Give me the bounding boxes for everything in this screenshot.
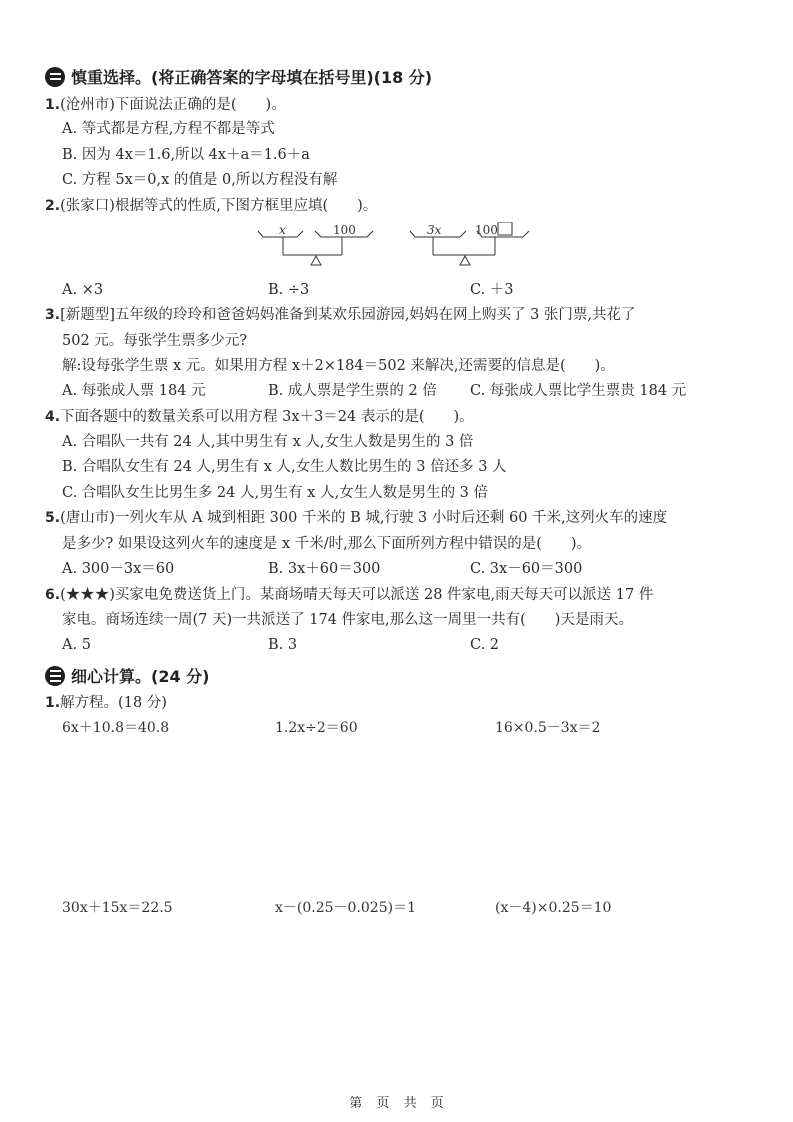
scale1-right-label: 100 (333, 223, 356, 237)
balance-scale-figure: x 100 3x 100 (255, 222, 535, 272)
scale1-left-label: x (279, 223, 286, 237)
q3-option-a: A. 每张成人票 184 元 (62, 381, 206, 401)
q2-option-c: C. ＋3 (470, 280, 514, 300)
question-6: 6.(★★★)买家电免费送货上门。某商场晴天每天可以派送 28 件家电,雨天每天… (45, 585, 653, 605)
question-5-line-2: 是多少? 如果设这列火车的速度是 x 千米/时,那么下面所列方程中错误的是( )… (62, 534, 591, 554)
footer-text: 第 (349, 1096, 362, 1111)
question-number: 3. (45, 307, 60, 323)
question-3-line-3: 解:设每张学生票 x 元。如果用方程 x＋2×184＝502 来解决,还需要的信… (62, 356, 615, 376)
section-3-badge-icon (45, 666, 65, 686)
footer-text: 页 (431, 1096, 444, 1111)
question-text: (张家口)根据等式的性质,下图方框里应填( )。 (60, 198, 377, 214)
section-2-header: 慎重选择。(将正确答案的字母填在括号里)(18 分) (45, 65, 432, 88)
q5-option-b: B. 3x＋60＝300 (268, 559, 380, 579)
section-2-badge-icon (45, 67, 65, 87)
q6-option-b: B. 3 (268, 635, 297, 655)
worksheet-page: 慎重选择。(将正确答案的字母填在括号里)(18 分) 1.(沧州市)下面说法正确… (0, 0, 793, 1122)
question-number: 2. (45, 198, 60, 214)
q1-option-a: A. 等式都是方程,方程不都是等式 (62, 119, 275, 139)
q6-option-a: A. 5 (62, 635, 91, 655)
section-3-header: 细心计算。(24 分) (45, 664, 209, 687)
question-text: (唐山市)一列火车从 A 城到相距 300 千米的 B 城,行驶 3 小时后还剩… (60, 510, 667, 526)
question-text: (沧州市)下面说法正确的是( )。 (60, 97, 286, 113)
question-text: (★★★)买家电免费送货上门。某商场晴天每天可以派送 28 件家电,雨天每天可以… (60, 587, 653, 603)
equation-5: x－(0.25－0.025)＝1 (275, 898, 416, 918)
q5-option-c: C. 3x－60＝300 (470, 559, 582, 579)
question-5: 5.(唐山市)一列火车从 A 城到相距 300 千米的 B 城,行驶 3 小时后… (45, 508, 667, 528)
q5-option-a: A. 300－3x＝60 (62, 559, 174, 579)
equation-4: 30x＋15x＝22.5 (62, 898, 173, 918)
page-footer: 第 页 共 页 (0, 1092, 793, 1111)
q4-option-a: A. 合唱队一共有 24 人,其中男生有 x 人,女生人数是男生的 3 倍 (62, 432, 473, 452)
q4-option-c: C. 合唱队女生比男生多 24 人,男生有 x 人,女生人数是男生的 3 倍 (62, 483, 488, 503)
question-6-line-2: 家电。商场连续一周(7 天)一共派送了 174 件家电,那么这一周里一共有( )… (62, 610, 633, 630)
question-number: 1. (45, 97, 60, 113)
scale2-right-label: 100 (475, 223, 498, 237)
question-number: 6. (45, 587, 60, 603)
question-4: 4.下面各题中的数量关系可以用方程 3x＋3＝24 表示的是( )。 (45, 407, 474, 427)
q3-option-b: B. 成人票是学生票的 2 倍 (268, 381, 437, 401)
question-1: 1.(沧州市)下面说法正确的是( )。 (45, 95, 286, 115)
q6-option-c: C. 2 (470, 635, 499, 655)
section-2-title: 慎重选择。(将正确答案的字母填在括号里)(18 分) (71, 65, 432, 88)
q1-option-c: C. 方程 5x＝0,x 的值是 0,所以方程没有解 (62, 170, 337, 190)
subquestion-1: 1.解方程。(18 分) (45, 693, 167, 713)
section-3-title: 细心计算。(24 分) (71, 664, 209, 687)
question-number: 1. (45, 695, 60, 711)
q1-option-b: B. 因为 4x＝1.6,所以 4x＋a＝1.6＋a (62, 145, 310, 165)
q3-option-c: C. 每张成人票比学生票贵 184 元 (470, 381, 686, 401)
question-text: [新题型]五年级的玲玲和爸爸妈妈准备到某欢乐园游园,妈妈在网上购买了 3 张门票… (60, 307, 635, 323)
question-text: 下面各题中的数量关系可以用方程 3x＋3＝24 表示的是( )。 (60, 409, 474, 425)
question-2: 2.(张家口)根据等式的性质,下图方框里应填( )。 (45, 196, 377, 216)
footer-text: 页 (376, 1096, 389, 1111)
scale2-left-label: 3x (427, 223, 442, 237)
equation-2: 1.2x÷2＝60 (275, 718, 358, 738)
subquestion-title: 解方程。(18 分) (60, 695, 167, 711)
question-3-line-2: 502 元。每张学生票多少元? (62, 331, 247, 351)
q2-option-b: B. ÷3 (268, 280, 309, 300)
equation-3: 16×0.5－3x＝2 (495, 718, 601, 738)
footer-text: 共 (404, 1096, 417, 1111)
question-number: 4. (45, 409, 60, 425)
equation-6: (x－4)×0.25＝10 (495, 898, 611, 918)
question-number: 5. (45, 510, 60, 526)
q2-option-a: A. ×3 (62, 280, 103, 300)
q4-option-b: B. 合唱队女生有 24 人,男生有 x 人,女生人数比男生的 3 倍还多 3 … (62, 457, 507, 477)
equation-1: 6x＋10.8＝40.8 (62, 718, 169, 738)
question-3: 3.[新题型]五年级的玲玲和爸爸妈妈准备到某欢乐园游园,妈妈在网上购买了 3 张… (45, 305, 636, 325)
